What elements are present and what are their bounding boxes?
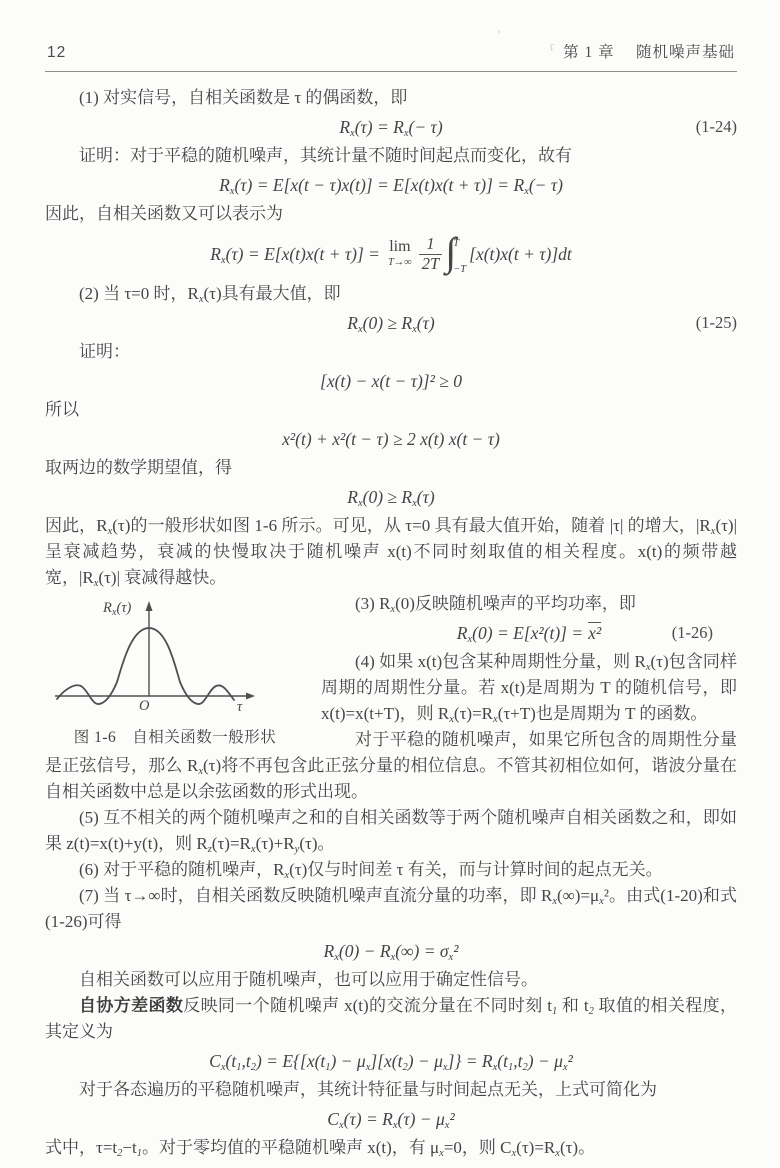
paragraph-applicability: 自相关函数可以应用于随机噪声，也可以应用于确定性信号。 bbox=[45, 967, 737, 993]
equation-covariance-definition: Cx(t1,t2) = E{[x(t1) − μx][x(t2) − μx]} … bbox=[45, 1046, 737, 1076]
page: ʹ ˤ 12 第 1 章 随机噪声基础 (1) 对实信号，自相关函数是 τ 的偶… bbox=[0, 0, 780, 1168]
paragraph-zero-mean: 式中，τ=t2−t1。对于零均值的平稳随机噪声 x(t)，有 μx=0，则 Cx… bbox=[45, 1135, 737, 1161]
equation-rhs: [x(t)x(t + τ)]dt bbox=[469, 241, 572, 267]
term-autocovariance: 自协方差函数 bbox=[79, 996, 183, 1015]
equation-expression: x²(t) + x²(t − τ) ≥ 2 x(t) x(t − τ) bbox=[282, 429, 500, 449]
integral: ∫ T −T bbox=[445, 231, 466, 277]
scan-smudge-1: ʹ bbox=[497, 27, 500, 43]
paragraph-item2: (2) 当 τ=0 时，Rx(τ)具有最大值，即 bbox=[45, 281, 737, 307]
paragraph-ergodic: 对于各态遍历的平稳随机噪声，其统计特征量与时间起点无关，上式可简化为 bbox=[45, 1077, 737, 1103]
equation-expression: Rx(0) ≥ Rx(τ) bbox=[347, 487, 434, 507]
equation-number: (1-25) bbox=[696, 308, 737, 338]
equation-lhs: Rx(τ) = E[x(t)x(t + τ)] = bbox=[210, 241, 380, 267]
limit-operator: lim T→∞ bbox=[388, 239, 412, 269]
equation-number: (1-24) bbox=[696, 112, 737, 142]
integral-sign: ∫ bbox=[445, 232, 456, 272]
equation-sum-inequality: x²(t) + x²(t − τ) ≥ 2 x(t) x(t − τ) bbox=[45, 424, 737, 454]
equation-max-value: Rx(0) ≥ Rx(τ) bbox=[45, 482, 737, 512]
equation-expression: Cx(t1,t2) = E{[x(t1) − μx][x(t2) − μx]} … bbox=[209, 1051, 573, 1071]
lim-subscript: T→∞ bbox=[388, 258, 412, 269]
paragraph-shape-description: 因此，Rx(τ)的一般形状如图 1-6 所示。可见，从 τ=0 具有最大值开始，… bbox=[45, 513, 737, 591]
equation-number: (1-26) bbox=[672, 618, 713, 648]
equation-square-nonnegative: [x(t) − x(t − τ)]² ≥ 0 bbox=[45, 366, 737, 396]
equation-expression: Rx(τ) = Rx(− τ) bbox=[339, 117, 442, 137]
paragraph-item6: (6) 对于平稳的随机噪声，Rx(τ)仅与时间差 τ 有关，而与计算时间的起点无… bbox=[45, 857, 737, 883]
paragraph-proof2: 证明： bbox=[45, 339, 737, 365]
overline-mean-square: x² bbox=[588, 622, 601, 643]
page-content: (1) 对实信号，自相关函数是 τ 的偶函数，即 Rx(τ) = Rx(− τ)… bbox=[45, 85, 737, 1161]
fraction-denominator: 2T bbox=[419, 254, 442, 274]
equation-expression: [x(t) − x(t − τ)]² ≥ 0 bbox=[320, 371, 462, 391]
paragraph-item7: (7) 当 τ→∞时，自相关函数反映随机噪声直流分量的功率，即 Rx(∞)=μx… bbox=[45, 883, 737, 935]
chapter-title: 第 1 章 随机噪声基础 bbox=[563, 40, 735, 62]
figure-caption: 图 1-6 自相关函数一般形状 bbox=[45, 725, 305, 751]
paragraph-suoyi: 所以 bbox=[45, 397, 737, 423]
equation-variance: Rx(0) − Rx(∞) = σx² bbox=[45, 936, 737, 966]
equation-expression: Rx(0) − Rx(∞) = σx² bbox=[324, 941, 459, 961]
scanned-book-page: { "header": { "page_number": "12", "chap… bbox=[0, 0, 780, 1168]
equation-expression: Rx(0) = E[x²(t)] = bbox=[457, 623, 583, 643]
equation-expression: Cx(τ) = Rx(τ) − μx² bbox=[327, 1109, 454, 1129]
paragraph-autocovariance: 自协方差函数反映同一个随机噪声 x(t)的交流分量在不同时刻 t1 和 t2 取… bbox=[45, 993, 737, 1045]
x-axis-label: τ bbox=[237, 694, 242, 720]
autocorrelation-plot bbox=[53, 598, 265, 716]
equation-1-26: Rx(0) = E[x²(t)] =x² (1-26) bbox=[45, 618, 737, 648]
equation-expression: Rx(τ) = E[x(t − τ)x(t)] = E[x(t)x(t + τ)… bbox=[219, 175, 563, 195]
lim-word: lim bbox=[389, 239, 410, 255]
paragraph-proof1: 证明：对于平稳的随机噪声，其统计量不随时间起点而变化，故有 bbox=[45, 143, 737, 169]
equation-time-average: Rx(τ) = E[x(t)x(t + τ)] = lim T→∞ 1 2T ∫… bbox=[45, 227, 737, 281]
page-number: 12 bbox=[47, 44, 66, 62]
scan-smudge-2: ˤ bbox=[549, 42, 553, 60]
equation-proof-evenness: Rx(τ) = E[x(t − τ)x(t)] = E[x(t)x(t + τ)… bbox=[45, 170, 737, 200]
equation-1-24: Rx(τ) = Rx(− τ) (1-24) bbox=[45, 112, 737, 142]
paragraph-item1: (1) 对实信号，自相关函数是 τ 的偶函数，即 bbox=[45, 85, 737, 111]
origin-label: O bbox=[139, 693, 149, 719]
paragraph-expectation: 取两边的数学期望值，得 bbox=[45, 455, 737, 481]
equation-1-25: Rx(0) ≥ Rx(τ) (1-25) bbox=[45, 308, 737, 338]
equation-expression: Rx(0) ≥ Rx(τ) bbox=[347, 313, 434, 333]
page-header: 12 第 1 章 随机噪声基础 bbox=[45, 0, 737, 72]
fraction-numerator: 1 bbox=[426, 235, 434, 254]
equation-covariance-simplified: Cx(τ) = Rx(τ) − μx² bbox=[45, 1104, 737, 1134]
paragraph-item5: (5) 互不相关的两个随机噪声之和的自相关函数等于两个随机噪声自相关函数之和，即… bbox=[45, 805, 737, 857]
paragraph-therefore: 因此，自相关函数又可以表示为 bbox=[45, 201, 737, 227]
fraction: 1 2T bbox=[419, 235, 442, 274]
